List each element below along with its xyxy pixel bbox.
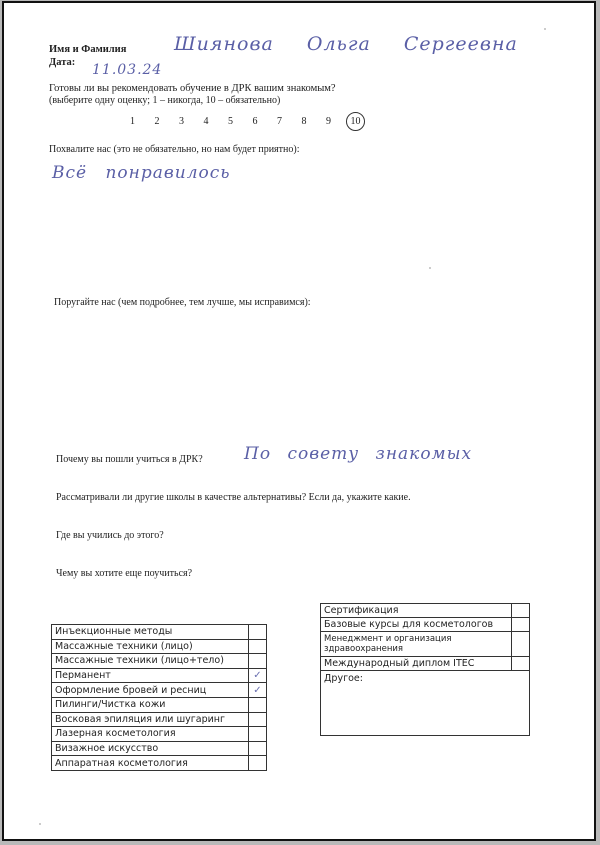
rating-option-7[interactable]: 7 [277, 116, 302, 127]
course-checkbox[interactable]: ✓ [249, 683, 267, 698]
course-label: Оформление бровей и ресниц [52, 683, 249, 698]
course-label: Международный диплом ITEC [321, 657, 512, 671]
course-left-row: Аппаратная косметология [52, 756, 267, 771]
course-label: Визажное искусство [52, 741, 249, 756]
course-right-row: Менеджмент и организация здравоохранения [321, 632, 530, 657]
course-label: Инъекционные методы [52, 625, 249, 640]
praise-question: Похвалите нас (это не обязательно, но на… [49, 144, 299, 155]
courses-table-left: Инъекционные методыМассажные техники (ли… [51, 624, 267, 771]
course-checkbox[interactable] [512, 618, 530, 632]
rating-option-4[interactable]: 4 [204, 116, 229, 127]
course-checkbox[interactable] [249, 697, 267, 712]
rating-option-8[interactable]: 8 [302, 116, 327, 127]
course-checkbox[interactable] [512, 632, 530, 657]
rating-option-1[interactable]: 1 [130, 116, 155, 127]
courses-table-right: СертификацияБазовые курсы для косметолог… [320, 603, 530, 736]
course-checkbox[interactable] [512, 657, 530, 671]
course-label: Перманент [52, 668, 249, 683]
course-checkbox[interactable] [249, 639, 267, 654]
recommend-hint: (выберите одну оценку; 1 – никогда, 10 –… [49, 95, 280, 106]
course-left-row: Оформление бровей и ресниц✓ [52, 683, 267, 698]
course-left-row: Инъекционные методы [52, 625, 267, 640]
alternatives-question: Рассматривали ли другие школы в качестве… [56, 492, 411, 503]
praise-answer[interactable]: Всё понравилось [52, 163, 231, 183]
course-label: Массажные техники (лицо) [52, 639, 249, 654]
course-label: Аппаратная косметология [52, 756, 249, 771]
course-left-row: Визажное искусство [52, 741, 267, 756]
want-question: Чему вы хотите еще поучиться? [56, 568, 192, 579]
course-label: Массажные техники (лицо+тело) [52, 654, 249, 669]
course-checkbox[interactable] [249, 727, 267, 742]
rating-option-10[interactable]: 10 [351, 116, 376, 127]
course-label: Лазерная косметология [52, 727, 249, 742]
course-left-row: Массажные техники (лицо) [52, 639, 267, 654]
name-label: Имя и Фамилия [49, 44, 126, 55]
course-checkbox[interactable] [249, 625, 267, 640]
date-label: Дата: [49, 57, 75, 68]
course-checkbox[interactable] [249, 741, 267, 756]
course-label: Менеджмент и организация здравоохранения [321, 632, 512, 657]
rating-option-6[interactable]: 6 [253, 116, 278, 127]
rating-option-2[interactable]: 2 [155, 116, 180, 127]
name-value[interactable]: Шиянова Ольга Сергеевна [174, 33, 518, 55]
course-right-row: Базовые курсы для косметологов [321, 618, 530, 632]
why-question: Почему вы пошли учиться в ДРК? [56, 454, 203, 465]
other-field[interactable]: Другое: [321, 671, 530, 736]
course-label: Сертификация [321, 604, 512, 618]
course-label: Восковая эпиляция или шугаринг [52, 712, 249, 727]
rating-option-5[interactable]: 5 [228, 116, 253, 127]
date-value[interactable]: 11.03.24 [92, 62, 162, 78]
criticism-answer-area[interactable] [54, 313, 534, 433]
course-label: Пилинги/Чистка кожи [52, 697, 249, 712]
previous-question: Где вы учились до этого? [56, 530, 164, 541]
course-label: Базовые курсы для косметологов [321, 618, 512, 632]
course-left-row: Восковая эпиляция или шугаринг [52, 712, 267, 727]
course-right-row: Сертификация [321, 604, 530, 618]
course-left-row: Массажные техники (лицо+тело) [52, 654, 267, 669]
course-left-row: Перманент✓ [52, 668, 267, 683]
why-answer[interactable]: По совету знакомых [244, 444, 472, 464]
rating-option-3[interactable]: 3 [179, 116, 204, 127]
course-checkbox[interactable] [249, 712, 267, 727]
rating-scale[interactable]: 12345678910 [130, 116, 375, 127]
criticism-question: Поругайте нас (чем подробнее, тем лучше,… [54, 297, 311, 308]
course-checkbox[interactable] [249, 654, 267, 669]
course-right-row: Международный диплом ITEC [321, 657, 530, 671]
scanned-form-page: Имя и Фамилия Шиянова Ольга Сергеевна Да… [2, 1, 596, 841]
course-checkbox[interactable]: ✓ [249, 668, 267, 683]
course-checkbox[interactable] [512, 604, 530, 618]
course-left-row: Пилинги/Чистка кожи [52, 697, 267, 712]
course-checkbox[interactable] [249, 756, 267, 771]
course-left-row: Лазерная косметология [52, 727, 267, 742]
recommend-question: Готовы ли вы рекомендовать обучение в ДР… [49, 83, 336, 94]
